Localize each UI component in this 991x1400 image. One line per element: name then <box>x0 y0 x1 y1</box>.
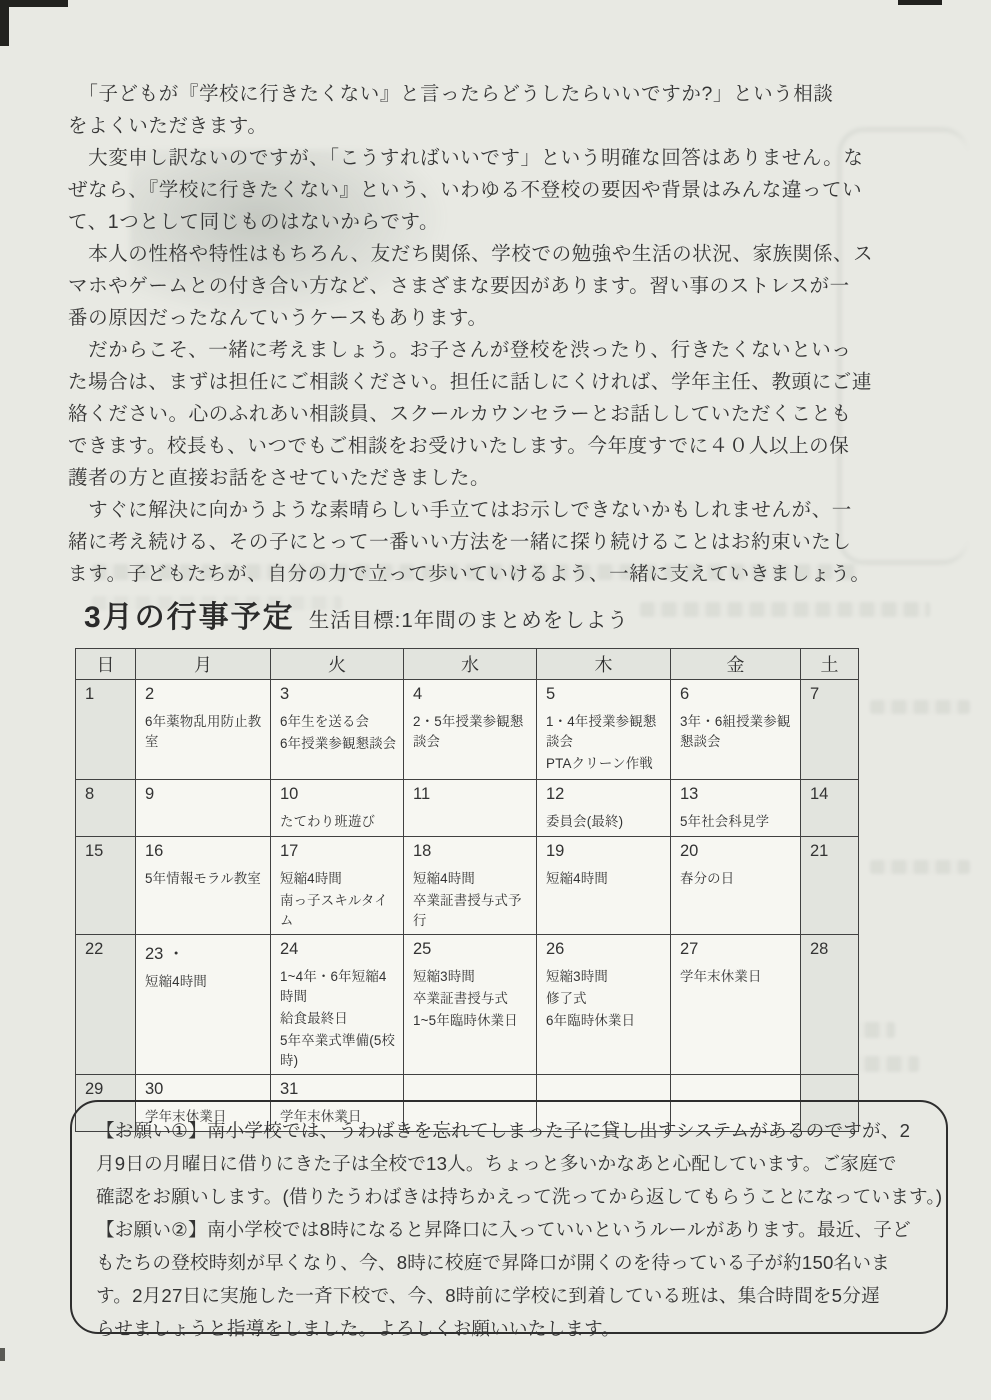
date-number: 15 <box>81 840 130 863</box>
calendar-cell: 21 <box>801 837 859 935</box>
event-note: 学年末休業日 <box>676 967 795 987</box>
date-number: 17 <box>276 840 398 863</box>
date-number: 22 <box>81 938 130 961</box>
calendar-cell: 18短縮4時間卒業証書授与式予行 <box>404 837 537 935</box>
day-header: 金 <box>671 649 801 680</box>
text-line: 月9日の月曜日に借りにきた子は全校で13人。ちょっと多いかなあと心配しています。… <box>96 1147 924 1180</box>
event-note: 短縮3時間 <box>542 967 665 987</box>
text-line: ぜなら、『学校に行きたくない』という、いわゆる不登校の要因や背景はみんな違ってい <box>68 174 938 206</box>
paragraph: 本人の性格や特性はもちろん、友だち関係、学校での勉強や生活の状況、家族関係、スマ… <box>68 238 938 334</box>
date-number: 18 <box>409 840 531 863</box>
event-note: 短縮4時間 <box>141 972 265 992</box>
calendar-cell: 22 <box>76 935 136 1075</box>
event-note: 短縮4時間 <box>276 869 398 889</box>
day-header: 日 <box>76 649 136 680</box>
event-note: 5年卒業式準備(5校時) <box>276 1031 398 1071</box>
calendar-cell: 8 <box>76 780 136 837</box>
notice-paragraph: 【お願い①】南小学校では、うわばきを忘れてしまった子に貸し出すシステムがあるので… <box>96 1114 924 1213</box>
event-note: 卒業証書授与式 <box>409 989 531 1009</box>
date-number: 3 <box>276 683 398 706</box>
paragraph: 大変申し訳ないのですが、「こうすればいいです」という明確な回答はありません。なぜ… <box>68 142 938 238</box>
scan-edge-top <box>0 0 68 7</box>
bleed-through-ghost <box>640 602 930 617</box>
date-number: 8 <box>81 783 130 806</box>
intro-paragraphs: 「子どもが『学校に行きたくない』と言ったらどうしたらいいですか?」という相談をよ… <box>68 78 938 590</box>
paragraph: だからこそ、一緒に考えましょう。お子さんが登校を渋ったり、行きたくないといった場… <box>68 334 938 494</box>
calendar-cell: 27学年末休業日 <box>671 935 801 1075</box>
event-note: 1・4年授業参観懇談会 <box>542 712 665 752</box>
event-note: 6年薬物乱用防止教室 <box>141 712 265 752</box>
event-note: 春分の日 <box>676 869 795 889</box>
event-note: PTAクリーン作戦 <box>542 754 665 774</box>
date-number: 13 <box>676 783 795 806</box>
day-header: 火 <box>271 649 404 680</box>
date-number: 12 <box>542 783 665 806</box>
text-line: て、1つとして同じものはないからです。 <box>68 206 938 238</box>
calendar-cell: 26年薬物乱用防止教室 <box>136 680 271 780</box>
calendar-week-row: 2223 ・短縮4時間241~4年・6年短縮4時間給食最終日5年卒業式準備(5校… <box>76 935 859 1075</box>
event-note: 6年生を送る会 <box>276 712 398 732</box>
date-number: 7 <box>806 683 853 706</box>
text-line: た場合は、まずは担任にご相談ください。担任に話しにくければ、学年主任、教頭にご連 <box>68 366 938 398</box>
date-number: 21 <box>806 840 853 863</box>
text-line: 緒に考え続ける、その子にとって一番いい方法を一緒に探り続けることはお約束いたし <box>68 526 938 558</box>
calendar-cell: 63年・6組授業参観懇談会 <box>671 680 801 780</box>
date-number: 19 <box>542 840 665 863</box>
day-header: 木 <box>537 649 671 680</box>
date-number: 28 <box>806 938 853 961</box>
event-note: 1~5年臨時休業日 <box>409 1011 531 1031</box>
event-note: 3年・6組授業参観懇談会 <box>676 712 795 752</box>
event-note: 短縮4時間 <box>542 869 665 889</box>
schedule-title: 3月の行事予定 <box>84 601 295 634</box>
text-line: らせましょうと指導をしました。よろしくお願いいたします。 <box>96 1312 924 1345</box>
bleed-through-ghost <box>870 700 970 714</box>
event-note: 1~4年・6年短縮4時間 <box>276 967 398 1007</box>
bleed-through-ghost <box>870 860 970 874</box>
date-number: 27 <box>676 938 795 961</box>
calendar-cell: 17短縮4時間南っ子スキルタイム <box>271 837 404 935</box>
event-note: 卒業証書授与式予行 <box>409 891 531 931</box>
text-line: 【お願い②】南小学校では8時になると昇降口に入っていいというルールがあります。最… <box>96 1213 924 1246</box>
calendar-cell: 14 <box>801 780 859 837</box>
event-note: 6年授業参観懇談会 <box>276 734 398 754</box>
calendar-cell: 7 <box>801 680 859 780</box>
paragraph: 「子どもが『学校に行きたくない』と言ったらどうしたらいいですか?」という相談をよ… <box>68 78 938 142</box>
calendar-week-row: 126年薬物乱用防止教室36年生を送る会6年授業参観懇談会42・5年授業参観懇談… <box>76 680 859 780</box>
text-line: 絡ください。心のふれあい相談員、スクールカウンセラーとお話ししていただくことも <box>68 398 938 430</box>
text-line: できます。校長も、いつでもご相談をお受けいたします。今年度すでに４０人以上の保 <box>68 430 938 462</box>
event-note: 5年情報モラル教室 <box>141 869 265 889</box>
calendar-header-row: 日月火水木金土 <box>76 649 859 680</box>
event-note: 短縮4時間 <box>409 869 531 889</box>
text-line: 護者の方と直接お話をさせていただきました。 <box>68 462 938 494</box>
text-line: ます。子どもたちが、自分の力で立って歩いていけるよう、一緒に支えていきましょう。 <box>68 558 938 590</box>
date-number: 9 <box>141 783 265 806</box>
scan-speck-bottom-left <box>0 1348 5 1361</box>
notice-paragraph: 【お願い②】南小学校では8時になると昇降口に入っていいというルールがあります。最… <box>96 1213 924 1345</box>
calendar-cell: 51・4年授業参観懇談会PTAクリーン作戦 <box>537 680 671 780</box>
scan-edge-top-right <box>898 0 942 5</box>
text-line: 【お願い①】南小学校では、うわばきを忘れてしまった子に貸し出すシステムがあるので… <box>96 1114 924 1147</box>
date-number: 29 <box>81 1078 130 1101</box>
date-number: 30 <box>141 1078 265 1101</box>
day-header: 月 <box>136 649 271 680</box>
date-number: 5 <box>542 683 665 706</box>
date-number: 23 ・ <box>141 938 265 966</box>
calendar-week-row: 8910たてわり班遊び1112委員会(最終)135年社会科見学14 <box>76 780 859 837</box>
calendar-cell: 135年社会科見学 <box>671 780 801 837</box>
date-number: 2 <box>141 683 265 706</box>
calendar-cell: 28 <box>801 935 859 1075</box>
calendar-cell: 1 <box>76 680 136 780</box>
event-note: 5年社会科見学 <box>676 812 795 832</box>
calendar-cell: 25短縮3時間卒業証書授与式1~5年臨時休業日 <box>404 935 537 1075</box>
date-number: 24 <box>276 938 398 961</box>
schedule-heading: 3月の行事予定生活目標:1年間のまとめをしよう <box>84 592 629 636</box>
date-number: 16 <box>141 840 265 863</box>
calendar-cell: 19短縮4時間 <box>537 837 671 935</box>
notice-box: 【お願い①】南小学校では、うわばきを忘れてしまった子に貸し出すシステムがあるので… <box>70 1100 948 1334</box>
calendar-cell: 11 <box>404 780 537 837</box>
date-number: 20 <box>676 840 795 863</box>
day-header: 土 <box>801 649 859 680</box>
paragraph: すぐに解決に向かうような素晴らしい手立てはお示しできないかもしれませんが、一緒に… <box>68 494 938 590</box>
text-line: すぐに解決に向かうような素晴らしい手立てはお示しできないかもしれませんが、一 <box>68 494 938 526</box>
event-note: 給食最終日 <box>276 1009 398 1029</box>
calendar-week-row: 15165年情報モラル教室17短縮4時間南っ子スキルタイム18短縮4時間卒業証書… <box>76 837 859 935</box>
event-note: 南っ子スキルタイム <box>276 891 398 931</box>
event-note: 6年臨時休業日 <box>542 1011 665 1031</box>
date-number: 1 <box>81 683 130 706</box>
text-line: だからこそ、一緒に考えましょう。お子さんが登校を渋ったり、行きたくないといっ <box>68 334 938 366</box>
date-number: 6 <box>676 683 795 706</box>
event-note: 短縮3時間 <box>409 967 531 987</box>
calendar-cell: 36年生を送る会6年授業参観懇談会 <box>271 680 404 780</box>
text-line: す。2月27日に実施した一斉下校で、今、8時前に学校に到着している班は、集合時間… <box>96 1279 924 1312</box>
calendar-cell: 165年情報モラル教室 <box>136 837 271 935</box>
calendar-cell: 42・5年授業参観懇談会 <box>404 680 537 780</box>
date-number: 11 <box>409 783 531 806</box>
text-line: 大変申し訳ないのですが、「こうすればいいです」という明確な回答はありません。な <box>68 142 938 174</box>
date-number: 4 <box>409 683 531 706</box>
calendar-cell: 26短縮3時間修了式6年臨時休業日 <box>537 935 671 1075</box>
calendar-cell: 241~4年・6年短縮4時間給食最終日5年卒業式準備(5校時) <box>271 935 404 1075</box>
calendar-cell: 12委員会(最終) <box>537 780 671 837</box>
calendar-cell: 23 ・短縮4時間 <box>136 935 271 1075</box>
calendar-cell: 15 <box>76 837 136 935</box>
schedule-subtitle: 生活目標:1年間のまとめをしよう <box>309 609 629 632</box>
newsletter-page: 「子どもが『学校に行きたくない』と言ったらどうしたらいいですか?」という相談をよ… <box>0 0 991 1400</box>
day-header: 水 <box>404 649 537 680</box>
calendar-cell: 9 <box>136 780 271 837</box>
text-line: 「子どもが『学校に行きたくない』と言ったらどうしたらいいですか?」という相談 <box>68 78 938 110</box>
march-calendar: 日月火水木金土 126年薬物乱用防止教室36年生を送る会6年授業参観懇談会42・… <box>75 648 859 1132</box>
text-line: 番の原因だったなんていうケースもあります。 <box>68 302 938 334</box>
text-line: 確認をお願いします。(借りたうわばきは持ちかえって洗ってから返してもらうことにな… <box>96 1180 924 1213</box>
event-note: 修了式 <box>542 989 665 1009</box>
calendar-cell: 20春分の日 <box>671 837 801 935</box>
date-number: 14 <box>806 783 853 806</box>
date-number: 31 <box>276 1078 398 1101</box>
date-number: 26 <box>542 938 665 961</box>
date-number: 10 <box>276 783 398 806</box>
text-line: マホやゲームとの付き合い方など、さまざまな要因があります。習い事のストレスが一 <box>68 270 938 302</box>
event-note: たてわり班遊び <box>276 812 398 832</box>
text-line: もたちの登校時刻が早くなり、今、8時に校庭で昇降口が開くのを待っている子が約15… <box>96 1246 924 1279</box>
event-note: 2・5年授業参観懇談会 <box>409 712 531 752</box>
date-number: 25 <box>409 938 531 961</box>
event-note: 委員会(最終) <box>542 812 665 832</box>
text-line: をよくいただきます。 <box>68 110 938 142</box>
calendar-cell: 10たてわり班遊び <box>271 780 404 837</box>
text-line: 本人の性格や特性はもちろん、友だち関係、学校での勉強や生活の状況、家族関係、ス <box>68 238 938 270</box>
